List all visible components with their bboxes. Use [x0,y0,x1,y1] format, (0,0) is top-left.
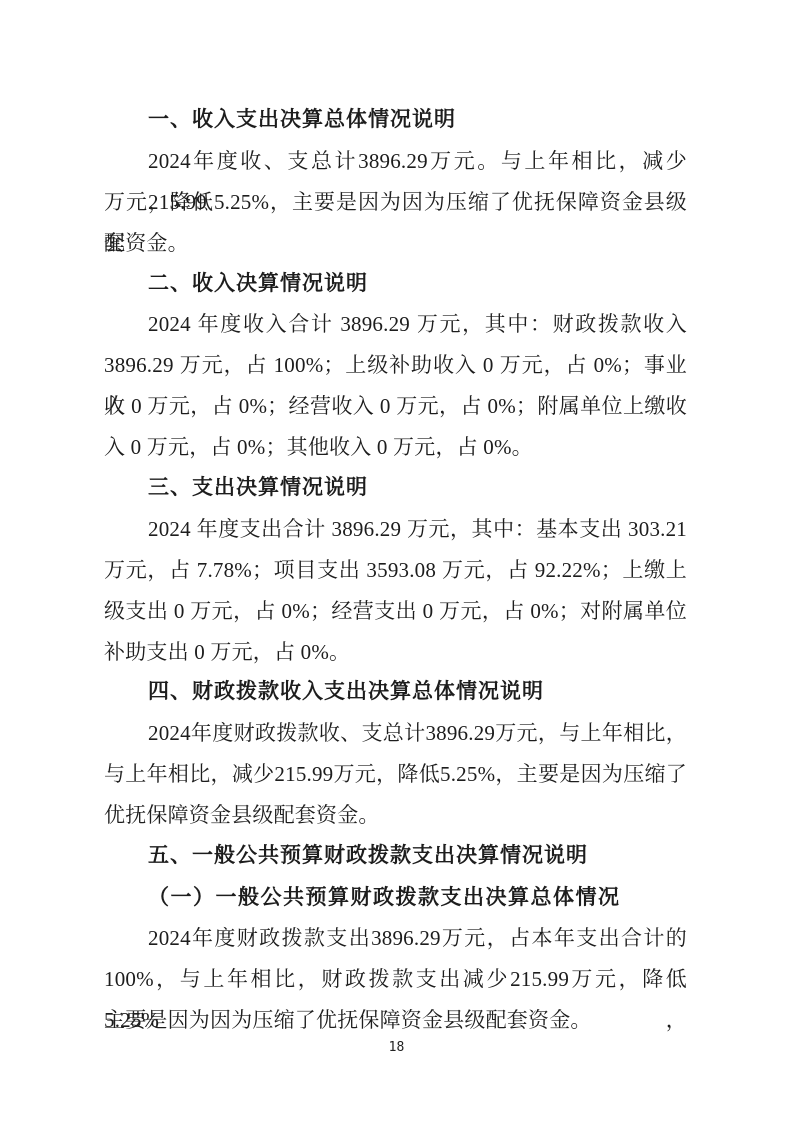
section-heading: 五、一般公共预算财政拨款支出决算情况说明 [104,836,687,877]
body-line: 优抚保障资金县级配套资金。 [104,795,687,836]
body-line: 入 0 万元，占 0%；经营收入 0 万元，占 0%；附属单位上缴收 [104,386,687,427]
body-line: 入 0 万元，占 0%；其他收入 0 万元，占 0%。 [104,427,687,468]
section-heading: 二、收入决算情况说明 [104,264,687,305]
section-heading: 一、收入支出决算总体情况说明 [104,100,687,141]
section-heading: 三、支出决算情况说明 [104,468,687,509]
page-number: 18 [0,1040,793,1055]
body-line: 与上年相比，减少215.99万元，降低5.25%，主要是因为压缩了 [104,754,687,795]
body-line: 级支出 0 万元，占 0%；经营支出 0 万元，占 0%；对附属单位 [104,591,687,632]
body-line: 3896.29 万元，占 100%；上级补助收入 0 万元，占 0%；事业收 [104,345,687,386]
section-subheading: （一）一般公共预算财政拨款支出决算总体情况 [104,877,687,918]
body-line: 万元，占 7.78%；项目支出 3593.08 万元，占 92.22%；上缴上 [104,550,687,591]
body-line: 2024 年度收入合计 3896.29 万元，其中：财政拨款收入 [104,304,687,345]
body-line: 套资金。 [104,223,687,264]
document-page: 一、收入支出决算总体情况说明 2024年度收、支总计3896.29万元。与上年相… [0,0,793,1122]
section-heading: 四、财政拨款收入支出决算总体情况说明 [104,672,687,713]
body-line: 100%，与上年相比，财政拨款支出减少215.99万元，降低5.25%， [104,959,687,1000]
body-line: 补助支出 0 万元，占 0%。 [104,632,687,673]
body-line: 2024 年度支出合计 3896.29 万元，其中：基本支出 303.21 [104,509,687,550]
document-content: 一、收入支出决算总体情况说明 2024年度收、支总计3896.29万元。与上年相… [104,100,687,1040]
body-line: 2024年度收、支总计3896.29万元。与上年相比，减少215.99 [104,141,687,182]
body-line: 2024年度财政拨款收、支总计3896.29万元，与上年相比， [104,713,687,754]
body-line: 2024年度财政拨款支出3896.29万元，占本年支出合计的 [104,918,687,959]
body-line: 万元，降低5.25%，主要是因为因为压缩了优抚保障资金县级配 [104,182,687,223]
